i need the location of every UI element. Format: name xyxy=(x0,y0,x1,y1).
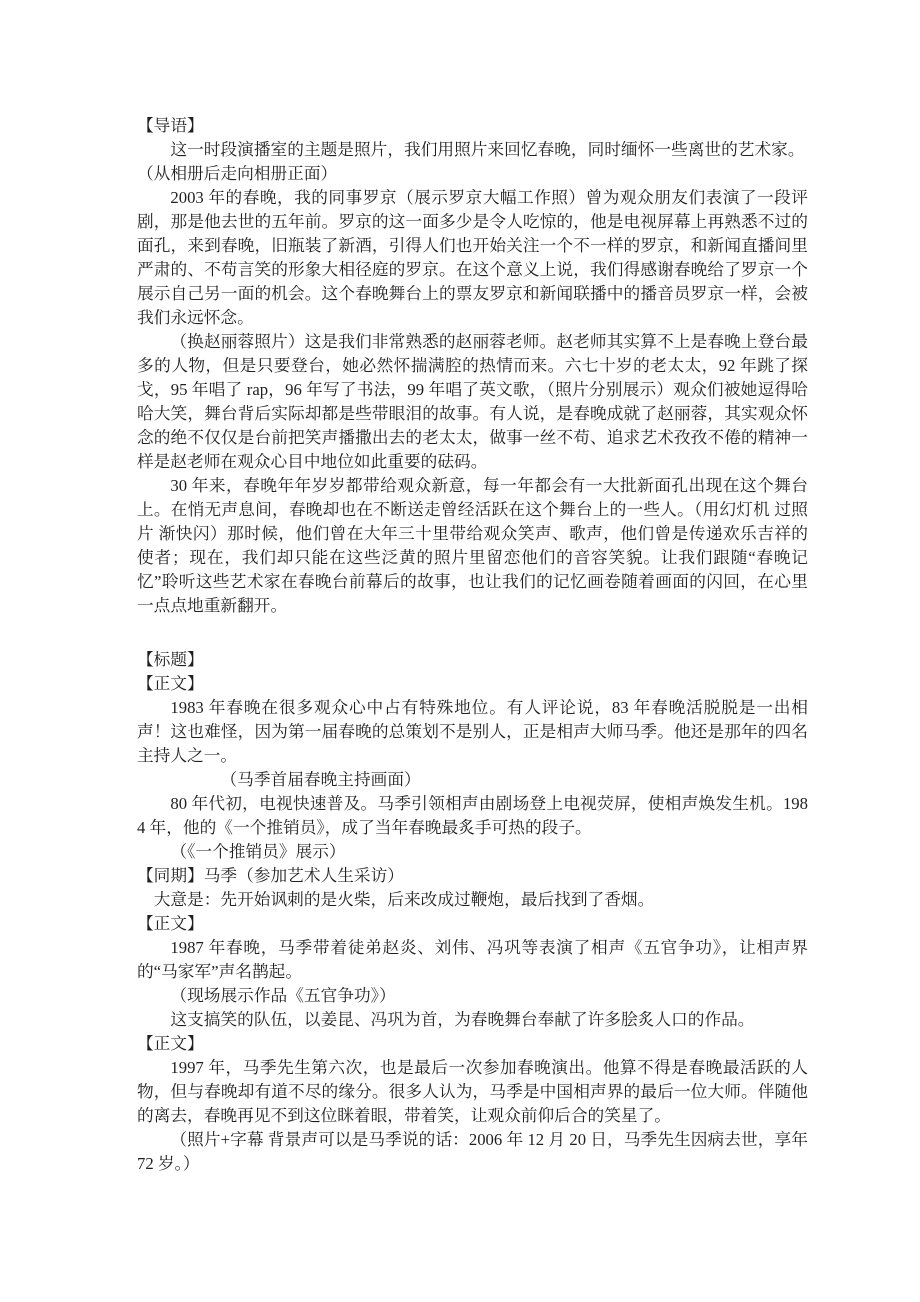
script-paragraph: 这支搞笑的队伍，以姜昆、冯巩为首，为春晚舞台奉献了许多脍炙人口的作品。 xyxy=(137,1008,808,1032)
summary-line: 大意是：先开始讽刺的是火柴，后来改成过鞭炮，最后找到了香烟。 xyxy=(137,888,808,912)
stage-direction: （马季首届春晚主持画面） xyxy=(137,768,808,792)
script-paragraph: （换赵丽蓉照片）这是我们非常熟悉的赵丽蓉老师。赵老师其实算不上是春晚上登台最多的… xyxy=(137,330,808,474)
section-label: 【正文】 xyxy=(137,1032,808,1056)
script-text-block: 【导语】这一时段演播室的主题是照片，我们用照片来回忆春晚，同时缅怀一些离世的艺术… xyxy=(137,114,808,1176)
script-paragraph: 这一时段演播室的主题是照片，我们用照片来回忆春晚，同时缅怀一些离世的艺术家。 xyxy=(137,138,808,162)
section-label: 【导语】 xyxy=(137,114,808,138)
script-paragraph: 30 年来，春晚年年岁岁都带给观众新意，每一年都会有一大批新面孔出现在这个舞台上… xyxy=(137,474,808,618)
blank-line xyxy=(137,618,808,648)
document-page: 【导语】这一时段演播室的主题是照片，我们用照片来回忆春晚，同时缅怀一些离世的艺术… xyxy=(0,0,920,1302)
script-paragraph: （照片+字幕 背景声可以是马季说的话：2006 年 12 月 20 日，马季先生… xyxy=(137,1128,808,1176)
section-label: 【同期】马季（参加艺术人生采访） xyxy=(137,864,808,888)
stage-direction: （从相册后走向相册正面） xyxy=(137,162,808,186)
script-paragraph: （现场展示作品《五官争功》） xyxy=(137,984,808,1008)
script-paragraph: 2003 年的春晚，我的同事罗京（展示罗京大幅工作照）曾为观众朋友们表演了一段评… xyxy=(137,186,808,330)
script-paragraph: 1987 年春晚，马季带着徒弟赵炎、刘伟、冯巩等表演了相声《五官争功》，让相声界… xyxy=(137,936,808,984)
section-label: 【正文】 xyxy=(137,912,808,936)
script-paragraph: 1983 年春晚在很多观众心中占有特殊地位。有人评论说，83 年春晚活脱脱是一出… xyxy=(137,696,808,768)
section-label: 【正文】 xyxy=(137,672,808,696)
script-paragraph: 80 年代初，电视快速普及。马季引领相声由剧场登上电视荧屏，使相声焕发生机。19… xyxy=(137,792,808,840)
script-paragraph: （《一个推销员》展示） xyxy=(137,840,808,864)
section-label: 【标题】 xyxy=(137,648,808,672)
script-paragraph: 1997 年，马季先生第六次，也是最后一次参加春晚演出。他算不得是春晚最活跃的人… xyxy=(137,1056,808,1128)
